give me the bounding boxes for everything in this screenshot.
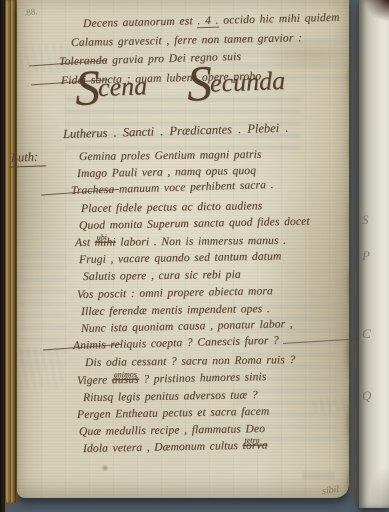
pencil-smudge xyxy=(301,471,335,480)
facing-page-text: SPCQ xyxy=(359,0,389,508)
folio-number: .88. xyxy=(24,6,38,17)
facing-page-partial-letter: Q xyxy=(362,388,371,404)
manuscript-photo: .88. Decens autanorum est . 4 . occido h… xyxy=(0,0,389,512)
line-text: Ritusq legis penitus adversos tuæ ? xyxy=(83,389,258,404)
line-text: . 4 . xyxy=(197,15,219,29)
line-text: Salutis opere , cura sic rebi pia xyxy=(83,269,241,283)
interlinear-correction: ubi xyxy=(97,229,107,246)
line-text: labori . Non is immersus manus . xyxy=(116,235,287,249)
facing-page-partial-letter: S xyxy=(362,212,369,228)
struck-text: torvatetra xyxy=(242,440,267,452)
heading-word: Scena xyxy=(74,71,147,104)
manuscript-page: .88. Decens autanorum est . 4 . occido h… xyxy=(17,0,349,498)
line-text: Idola vetera , Dæmonum cultus xyxy=(83,440,243,455)
speaker-margin-note: Luth: xyxy=(9,149,47,167)
line-text: Illæc ferendæ mentis impendent opes . xyxy=(81,303,270,318)
heading-word: Secunda xyxy=(186,66,285,100)
line-text: Ast xyxy=(75,237,95,249)
pencil-scribble xyxy=(17,348,63,388)
facing-page-sliver: SPCQ xyxy=(359,0,389,508)
line-text: ? pristinos humores sinis xyxy=(139,371,267,386)
catchword: sibil xyxy=(321,484,339,497)
struck-text: mihiubi xyxy=(95,237,116,249)
line-text: Quod monita Superum sancta quod fides do… xyxy=(79,215,310,231)
line-text: Quæ medullis recipe , flammatus Deo xyxy=(79,423,265,438)
line-text: Gemina proles Gentium magni patris xyxy=(79,149,262,163)
line-text: Frugi , vacare quando sed tantum datum xyxy=(79,251,282,267)
interlinear-correction: animos xyxy=(113,365,136,383)
facing-page-partial-letter: P xyxy=(362,248,370,264)
verse-block: Gemina proles Gentium magni patrisImago … xyxy=(77,149,345,459)
manuscript-line: Idola vetera , Dæmonum cultus torvatetra xyxy=(83,436,345,458)
line-text: Animis reliquis coepta ? Canescis furor … xyxy=(73,335,279,352)
bleed-through-patch xyxy=(19,250,67,370)
line-text: Placet fidele pectus ac dicto audiens xyxy=(81,200,263,215)
page-edges-band xyxy=(5,0,17,503)
struck-text: aususanimos xyxy=(112,373,139,386)
line-text: Vos poscit : omni propere abiecta mora xyxy=(77,285,273,301)
line-text: Trachesa manuum voce perhibent sacra . xyxy=(71,179,274,197)
line-text: Pergen Entheatu pectus et sacra facem xyxy=(77,406,270,421)
line-text: Decens autanorum est xyxy=(83,15,198,30)
line-text: Vigere xyxy=(77,374,112,387)
facing-page-partial-letter: C xyxy=(362,326,371,342)
line-text: occido hic mihi quidem xyxy=(218,12,339,27)
cast-line: Lutherus . Sancti . Prædicantes . Plebei… xyxy=(63,121,289,142)
interlinear-correction: tetra xyxy=(244,432,259,449)
